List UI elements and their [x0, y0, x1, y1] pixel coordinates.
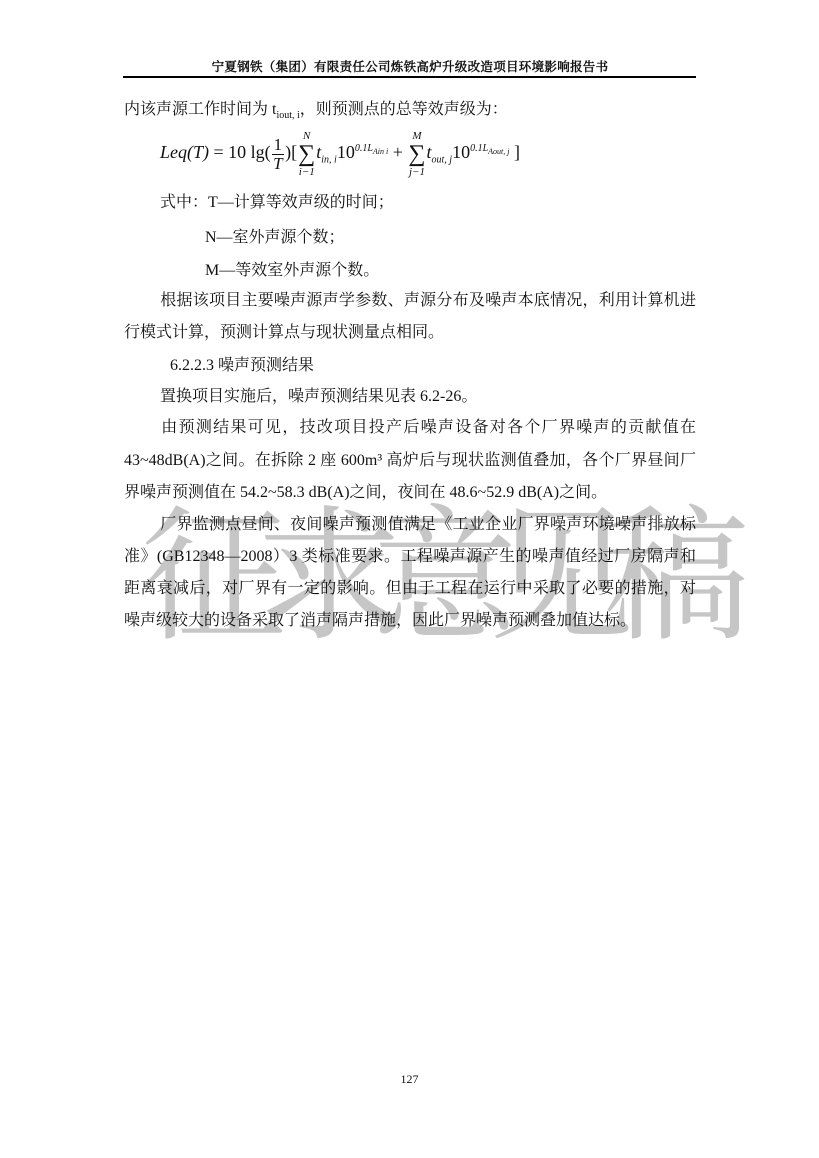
formula-fraction: 1T: [272, 136, 285, 173]
para1-text-1: 根据该项目主要噪声源声学参数、声源分布及噪声本底情况，利用计算机进: [160, 292, 696, 309]
sum-1-lower: i−1: [298, 166, 315, 178]
para4-text-1: 厂界监测点昼间、夜间噪声预测值满足《工业企业厂界噪声环境噪声排放标: [160, 516, 696, 533]
para3-line1: 由预测结果可见，技改项目投产后噪声设备对各个厂界噪声的贡献值在: [124, 418, 696, 438]
para4-line3: 距离衰减后，对厂界有一定的影响。但由于工程在运行中采取了必要的措施，对: [124, 579, 696, 599]
sum-2: M∑j−1: [408, 130, 425, 178]
para4-line1: 厂界监测点昼间、夜间噪声预测值满足《工业企业厂界噪声环境噪声排放标: [124, 515, 696, 535]
term-1-exponent: 0.1LAin i: [355, 143, 388, 154]
formula-bracket-close: ]: [510, 142, 521, 162]
term-2-sub: out, j: [432, 155, 453, 166]
intro-prefix: 内该声源工作时间为 t: [124, 101, 276, 118]
term-2-exp: 0.1L: [470, 143, 488, 154]
para3-line2: 43~48dB(A)之间。在拆除 2 座 600m³ 高炉后与现状监测值叠加，各…: [124, 451, 696, 471]
para4-line4: 噪声级较大的设备采取了消声隔声措施，因此厂界噪声预测叠加值达标。: [124, 611, 636, 631]
page-number: 127: [0, 1072, 819, 1087]
term-1-pow-base: 10: [337, 142, 355, 162]
term-2-exponent: 0.1LAout, j: [470, 143, 509, 154]
term-2-exp-sub: Aout, j: [488, 147, 509, 156]
para1-line1: 根据该项目主要噪声源声学参数、声源分布及噪声本底情况，利用计算机进: [124, 291, 696, 311]
sigma-icon: ∑: [408, 142, 425, 166]
para4-line2: 准》(GB12348—2008）3 类标准要求。工程噪声源产生的噪声值经过厂房隔…: [124, 547, 696, 567]
definition-m: M—等效室外声源个数。: [205, 261, 379, 281]
fraction-denominator: T: [272, 155, 285, 173]
sigma-icon: ∑: [298, 142, 315, 166]
term-1-exp-sub: Ain i: [373, 147, 388, 156]
term-1-sub: in, i: [321, 155, 337, 166]
para3-line3: 界噪声预测值在 54.2~58.3 dB(A)之间，夜间在 48.6~52.9 …: [124, 483, 607, 503]
formula-lhs: Leq(T): [160, 142, 209, 162]
para3-text-1: 由预测结果可见，技改项目投产后噪声设备对各个厂界噪声的贡献值在: [160, 419, 696, 436]
sum-2-lower: j−1: [408, 166, 425, 178]
leq-formula: Leq(T) = 10 lg(1T)[N∑i−1tin, i100.1LAin …: [160, 130, 520, 186]
term-2-pow-base: 10: [452, 142, 470, 162]
body-content: 内该声源工作时间为 tiout, i，则预测点的总等效声级为： Leq(T) =…: [0, 0, 819, 1158]
intro-line: 内该声源工作时间为 tiout, i，则预测点的总等效声级为：: [124, 100, 508, 126]
term-1-exp: 0.1L: [355, 143, 373, 154]
intro-subscript: iout, i: [276, 110, 299, 121]
section-heading-6-2-2-3: 6.2.2.3 噪声预测结果: [170, 356, 314, 376]
definition-t: 式中：T—计算等效声级的时间；: [160, 193, 394, 213]
formula-plus: +: [388, 142, 407, 162]
para2: 置换项目实施后，噪声预测结果见表 6.2-26。: [160, 387, 477, 407]
fraction-numerator: 1: [272, 136, 285, 155]
formula-eq: = 10 lg(: [209, 142, 271, 162]
formula-bracket-open: )[: [285, 142, 297, 162]
para1-line2: 行模式计算，预测计算点与现状测量点相同。: [124, 323, 444, 343]
intro-suffix: ，则预测点的总等效声级为：: [300, 101, 508, 118]
sum-1: N∑i−1: [298, 130, 315, 178]
definition-n: N—室外声源个数；: [205, 228, 345, 248]
